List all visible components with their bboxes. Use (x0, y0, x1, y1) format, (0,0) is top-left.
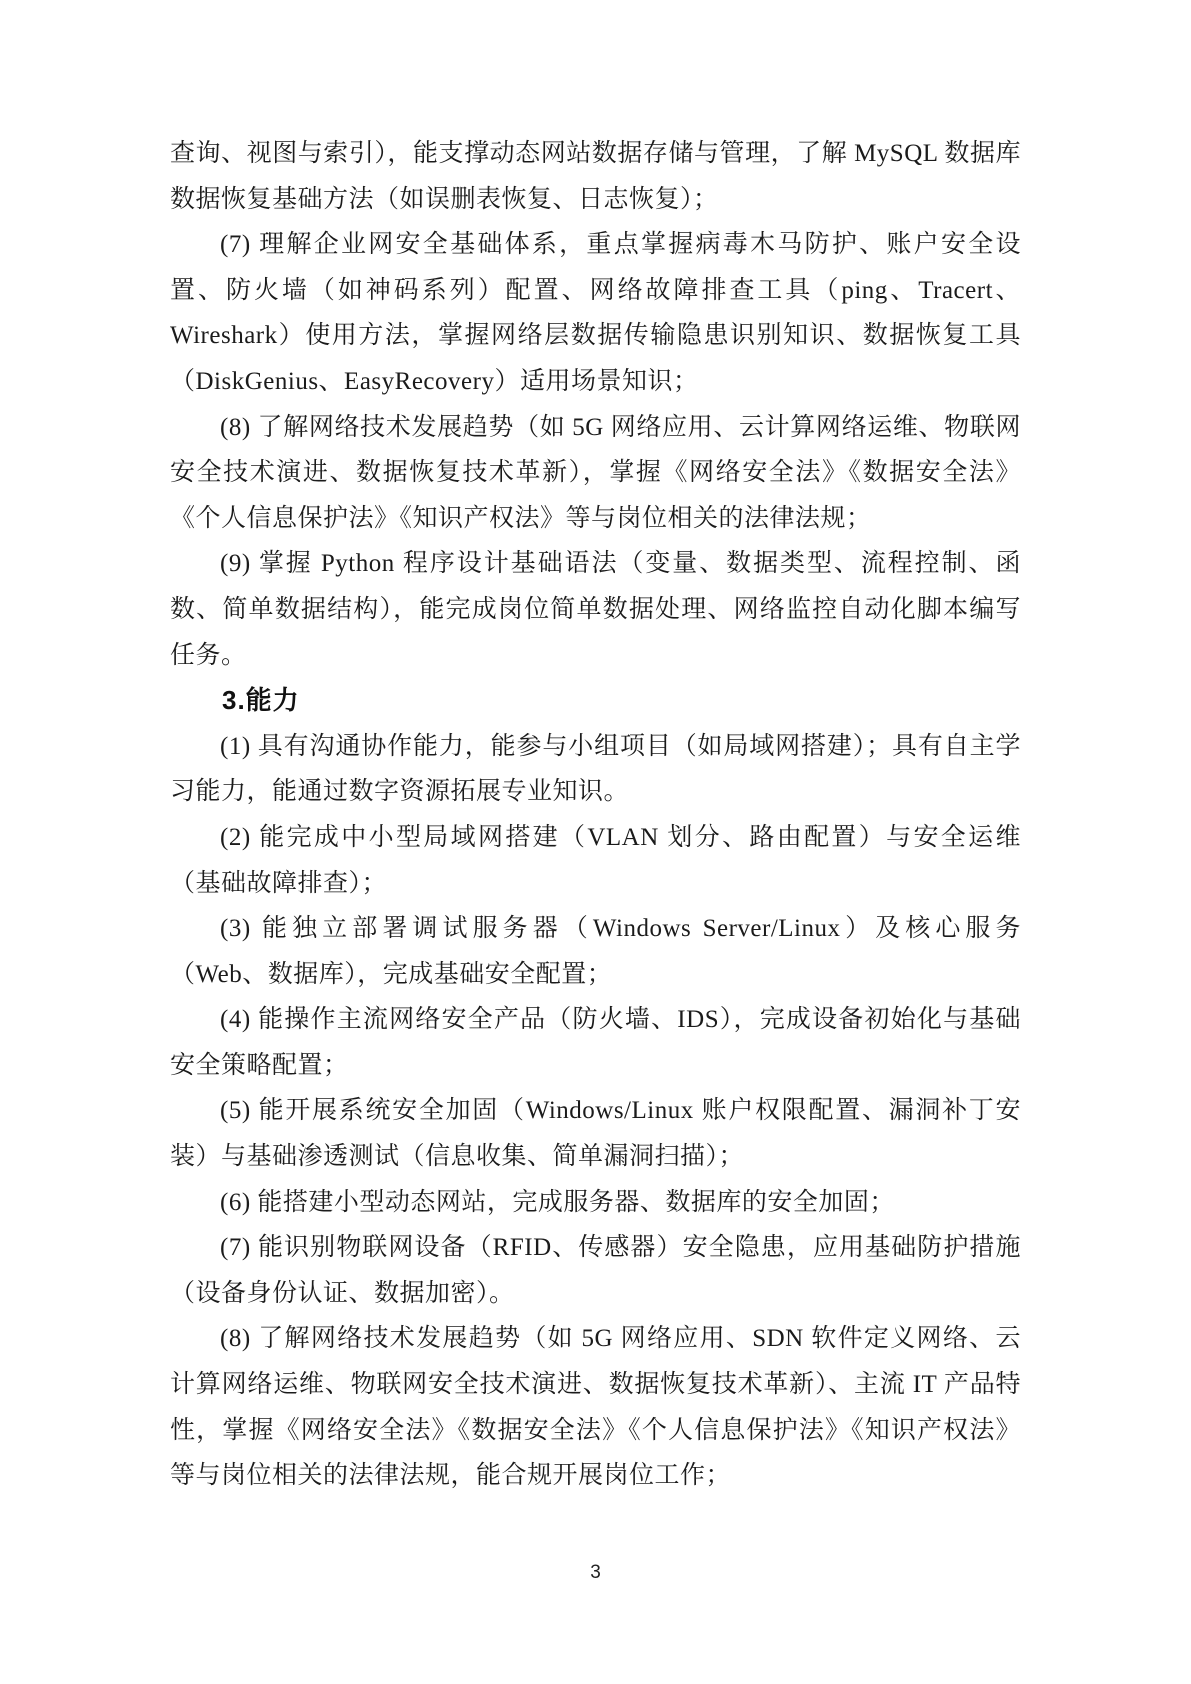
knowledge-item-9: (9) 掌握 Python 程序设计基础语法（变量、数据类型、流程控制、函数、简… (170, 541, 1021, 678)
section-heading-ability: 3.能力 (170, 678, 1021, 724)
paragraph-continuation: 查询、视图与索引），能支撑动态网站数据存储与管理，了解 MySQL 数据库数据恢… (170, 131, 1021, 222)
page-number: 3 (0, 1562, 1191, 1584)
ability-item-4: (4) 能操作主流网络安全产品（防火墙、IDS），完成设备初始化与基础安全策略配… (170, 997, 1021, 1088)
ability-item-8: (8) 了解网络技术发展趋势（如 5G 网络应用、SDN 软件定义网络、云计算网… (170, 1316, 1021, 1498)
document-page: 查询、视图与索引），能支撑动态网站数据存储与管理，了解 MySQL 数据库数据恢… (0, 0, 1191, 1684)
ability-item-1: (1) 具有沟通协作能力，能参与小组项目（如局域网搭建）；具有自主学习能力，能通… (170, 724, 1021, 815)
ability-item-2: (2) 能完成中小型局域网搭建（VLAN 划分、路由配置）与安全运维（基础故障排… (170, 815, 1021, 906)
knowledge-item-8: (8) 了解网络技术发展趋势（如 5G 网络应用、云计算网络运维、物联网安全技术… (170, 405, 1021, 542)
ability-item-6: (6) 能搭建小型动态网站，完成服务器、数据库的安全加固； (170, 1180, 1021, 1226)
knowledge-item-7: (7) 理解企业网安全基础体系，重点掌握病毒木马防护、账户安全设置、防火墙（如神… (170, 222, 1021, 404)
ability-item-5: (5) 能开展系统安全加固（Windows/Linux 账户权限配置、漏洞补丁安… (170, 1088, 1021, 1179)
ability-item-7: (7) 能识别物联网设备（RFID、传感器）安全隐患，应用基础防护措施（设备身份… (170, 1225, 1021, 1316)
ability-item-3: (3) 能独立部署调试服务器（Windows Server/Linux）及核心服… (170, 906, 1021, 997)
